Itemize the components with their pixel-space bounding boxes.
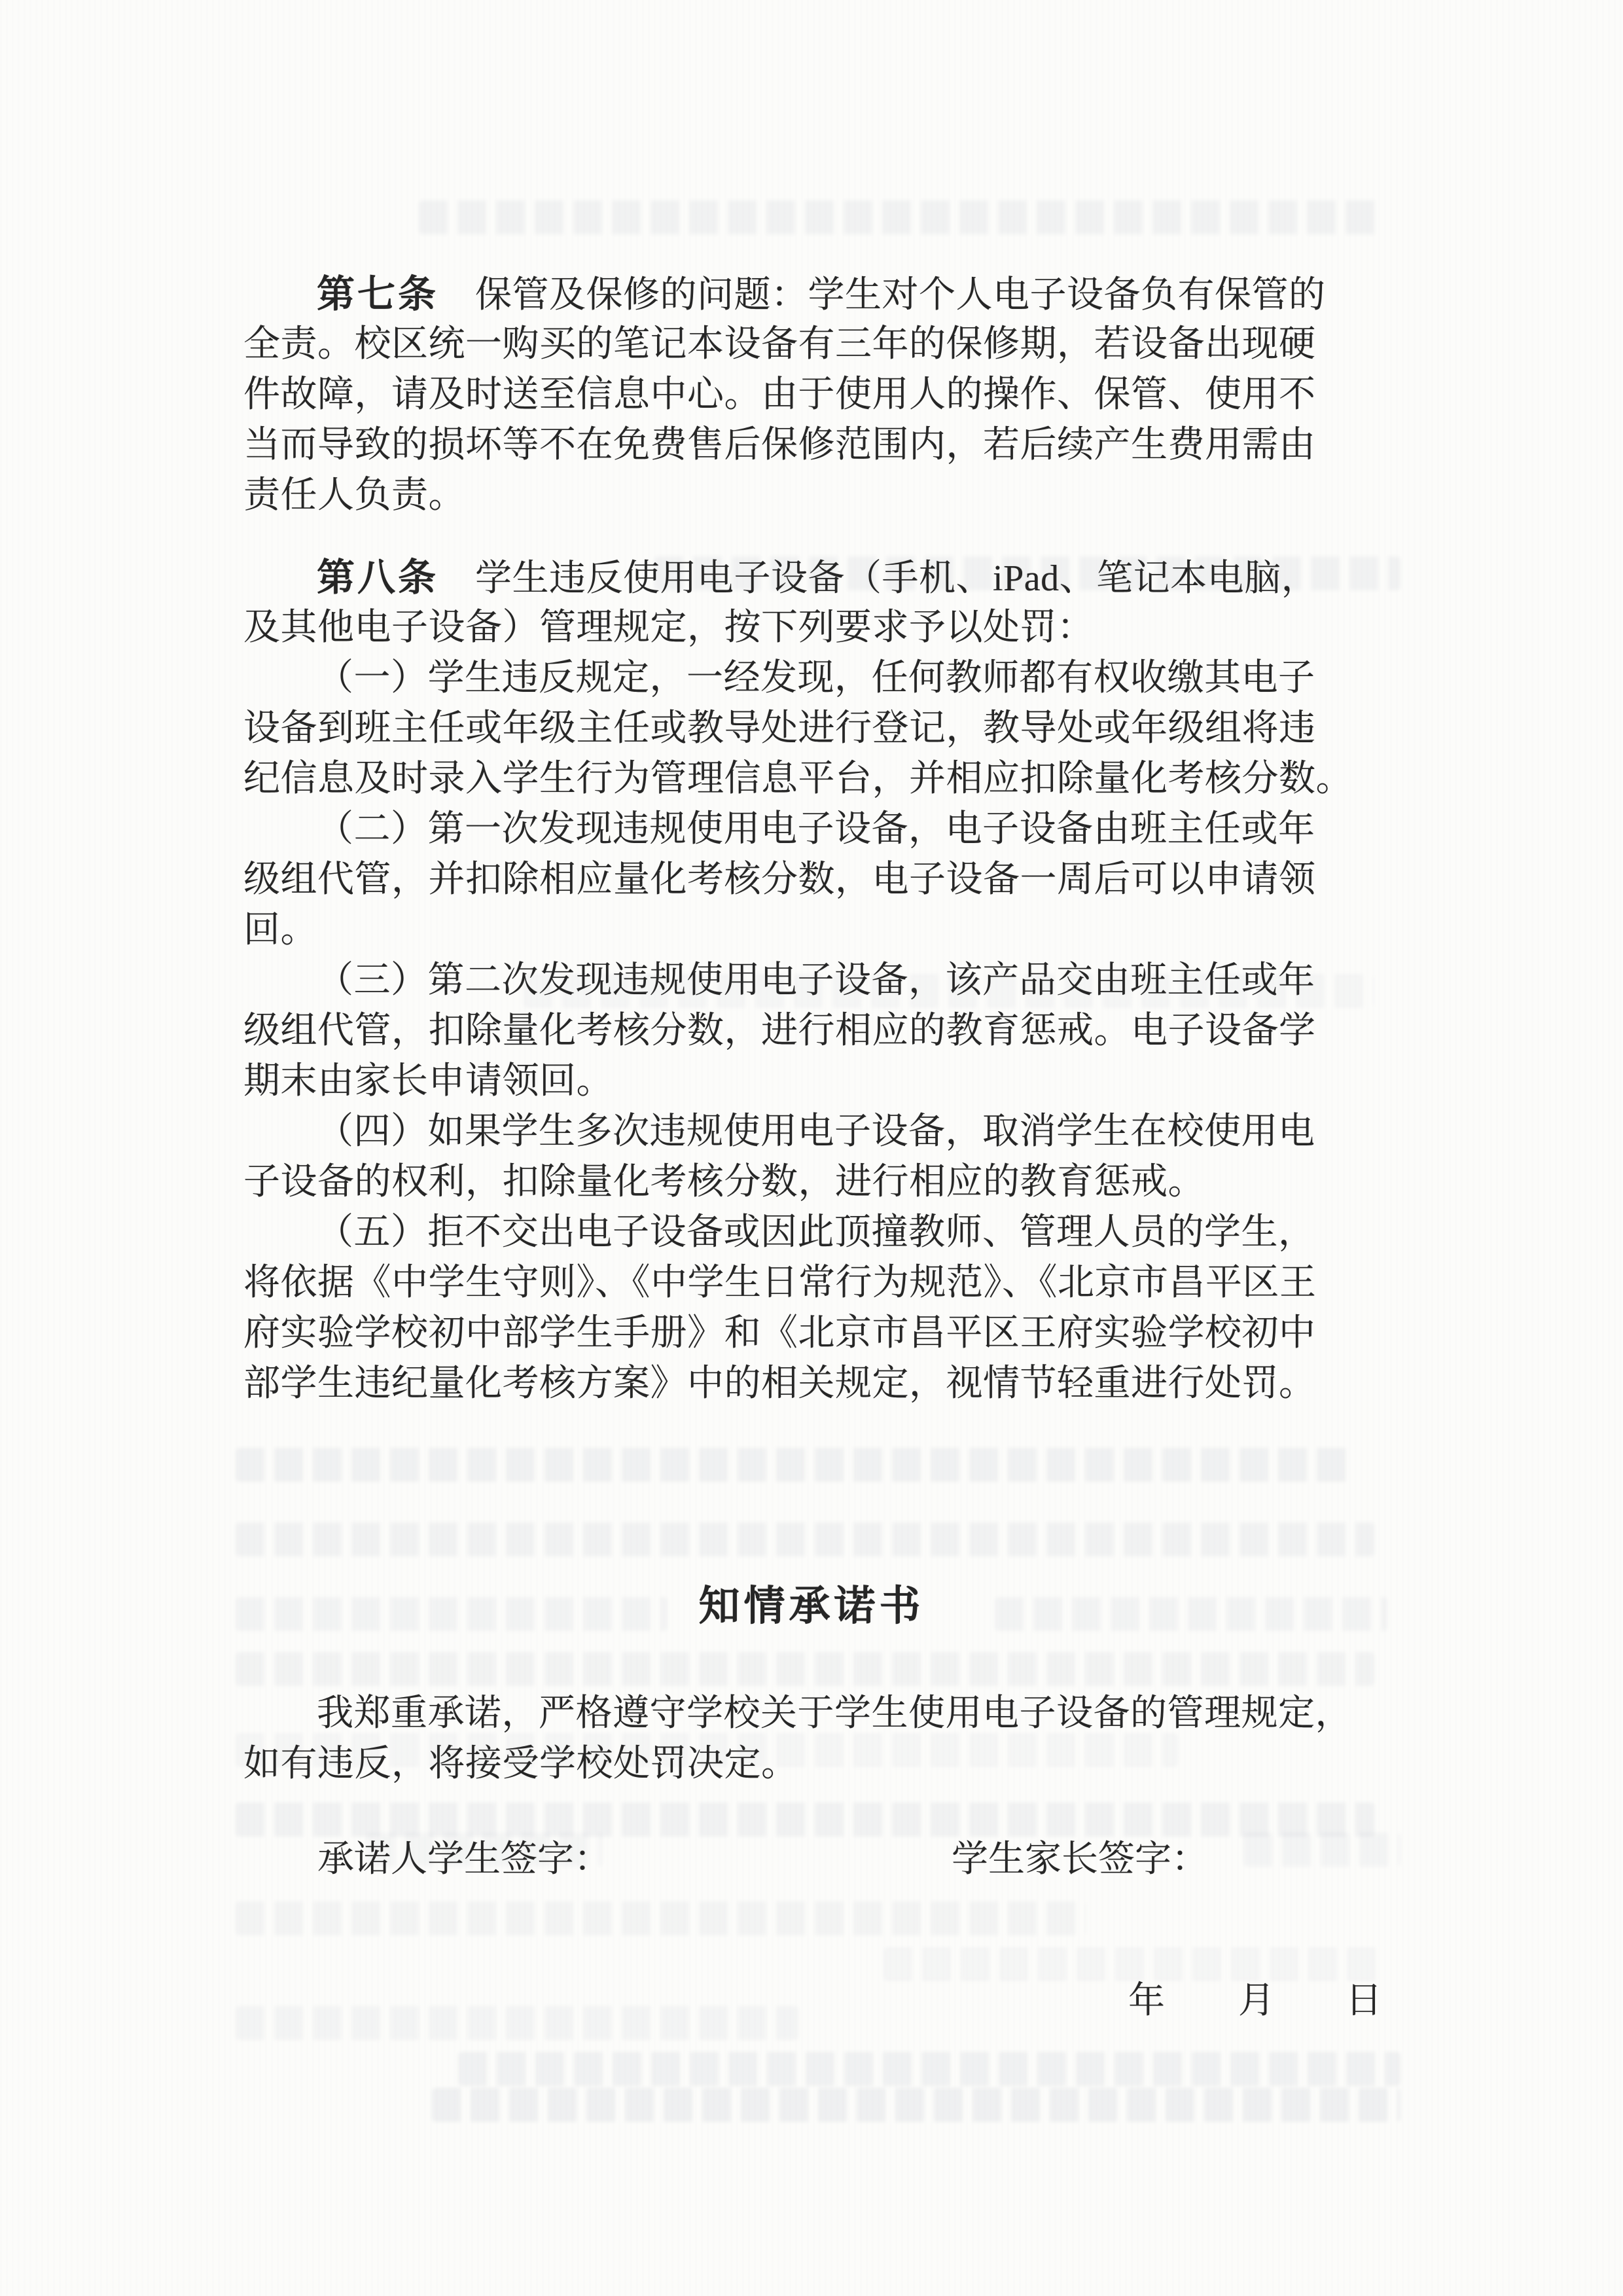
commitment-letter-title: 知情承诺书 (0, 1583, 1623, 1630)
article-7-first-line-text: 保管及保修的问题：学生对个人电子设备负有保管的 (475, 275, 1326, 315)
bleed-through-smudge (236, 1803, 1374, 1837)
article-8-line: 纪信息及时录入学生行为管理信息平台，并相应扣除量化考核分数。 (243, 754, 1382, 804)
bleed-through-smudge (236, 1652, 1374, 1686)
article-8-line: 将依据《中学生守则》、《中学生日常行为规范》、《北京市昌平区王 (243, 1258, 1382, 1308)
article-8-item-2: （二）第一次发现违规使用电子设备，电子设备由班主任或年 (243, 804, 1382, 855)
article-8-item-3: （三）第二次发现违规使用电子设备，该产品交由班主任或年 (243, 956, 1382, 1006)
bleed-through-smudge (883, 1947, 1381, 1981)
article-8-line: 部学生违纪量化考核方案》中的相关规定，视情节轻重进行处罚。 (243, 1359, 1382, 1409)
date-month-label: 月 (1238, 1981, 1275, 2021)
student-signature-label: 承诺人学生签字： (317, 1838, 611, 1881)
article-8-line: 设备到班主任或年级主任或教导处进行登记，教导处或年级组将违 (243, 704, 1382, 754)
commitment-line: 我郑重承诺，严格遵守学校关于学生使用电子设备的管理规定， (243, 1689, 1382, 1739)
article-8-number: 第八条 (317, 556, 438, 599)
article-8-line: 子设备的权利，扣除量化考核分数，进行相应的教育惩戒。 (243, 1157, 1382, 1208)
parent-signature-label: 学生家长签字： (952, 1838, 1208, 1881)
commitment-paragraph: 我郑重承诺，严格遵守学校关于学生使用电子设备的管理规定， 如有违反，将接受学校处… (243, 1689, 1382, 1789)
article-7-first-line: 第七条保管及保修的问题：学生对个人电子设备负有保管的 (243, 269, 1382, 319)
article-8-line: 府实验学校初中部学生手册》和《北京市昌平区王府实验学校初中 (243, 1308, 1382, 1359)
article-8-line: 期末由家长申请领回。 (243, 1056, 1382, 1107)
article-7-line: 件故障，请及时送至信息中心。由于使用人的操作、保管、使用不 (243, 370, 1382, 420)
bleed-through-smudge (432, 2088, 1400, 2122)
article-8-item-1: （一）学生违反规定，一经发现，任何教师都有权收缴其电子 (243, 653, 1382, 704)
bleed-through-smudge (236, 1901, 1086, 1935)
date-day-label: 日 (1346, 1981, 1382, 2021)
article-8-item-5: （五）拒不交出电子设备或因此顶撞教师、管理人员的学生， (243, 1208, 1382, 1258)
bleed-through-smudge (419, 200, 1381, 234)
article-8-first-line-text: 学生违反使用电子设备（手机、iPad、笔记本电脑， (475, 558, 1318, 599)
article-8-paragraph: 第八条学生违反使用电子设备（手机、iPad、笔记本电脑， 及其他电子设备）管理规… (243, 552, 1382, 1409)
article-8-line: 回。 (243, 905, 1382, 956)
article-7-line: 当而导致的损坏等不在免费售后保修范围内，若后续产生费用需由 (243, 420, 1382, 471)
article-8-line: 级组代管，并扣除相应量化考核分数，电子设备一周后可以申请领 (243, 855, 1382, 905)
article-7-line: 责任人负责。 (243, 471, 1382, 521)
article-7-number: 第七条 (317, 273, 438, 315)
article-8-line: 级组代管，扣除量化考核分数，进行相应的教育惩戒。电子设备学 (243, 1006, 1382, 1056)
bleed-through-smudge (236, 1522, 1374, 1556)
bleed-through-smudge (458, 2052, 1400, 2086)
article-8-item-4: （四）如果学生多次违规使用电子设备，取消学生在校使用电 (243, 1107, 1382, 1157)
article-7-paragraph: 第七条保管及保修的问题：学生对个人电子设备负有保管的 全责。校区统一购买的笔记本… (243, 269, 1382, 521)
commitment-line: 如有违反，将接受学校处罚决定。 (243, 1739, 1382, 1789)
article-8-line: 及其他电子设备）管理规定，按下列要求予以处罚： (243, 603, 1382, 653)
article-8-first-line: 第八条学生违反使用电子设备（手机、iPad、笔记本电脑， (243, 552, 1382, 603)
date-year-label: 年 (1128, 1981, 1165, 2021)
bleed-through-smudge (236, 1448, 1348, 1482)
signature-row: 承诺人学生签字： 学生家长签字： (243, 1838, 1382, 1884)
article-7-line: 全责。校区统一购买的笔记本设备有三年的保修期，若设备出现硬 (243, 319, 1382, 370)
scanned-document-page: 第七条保管及保修的问题：学生对个人电子设备负有保管的 全责。校区统一购买的笔记本… (0, 0, 1623, 2296)
date-line: 年月日 (243, 1978, 1382, 2024)
